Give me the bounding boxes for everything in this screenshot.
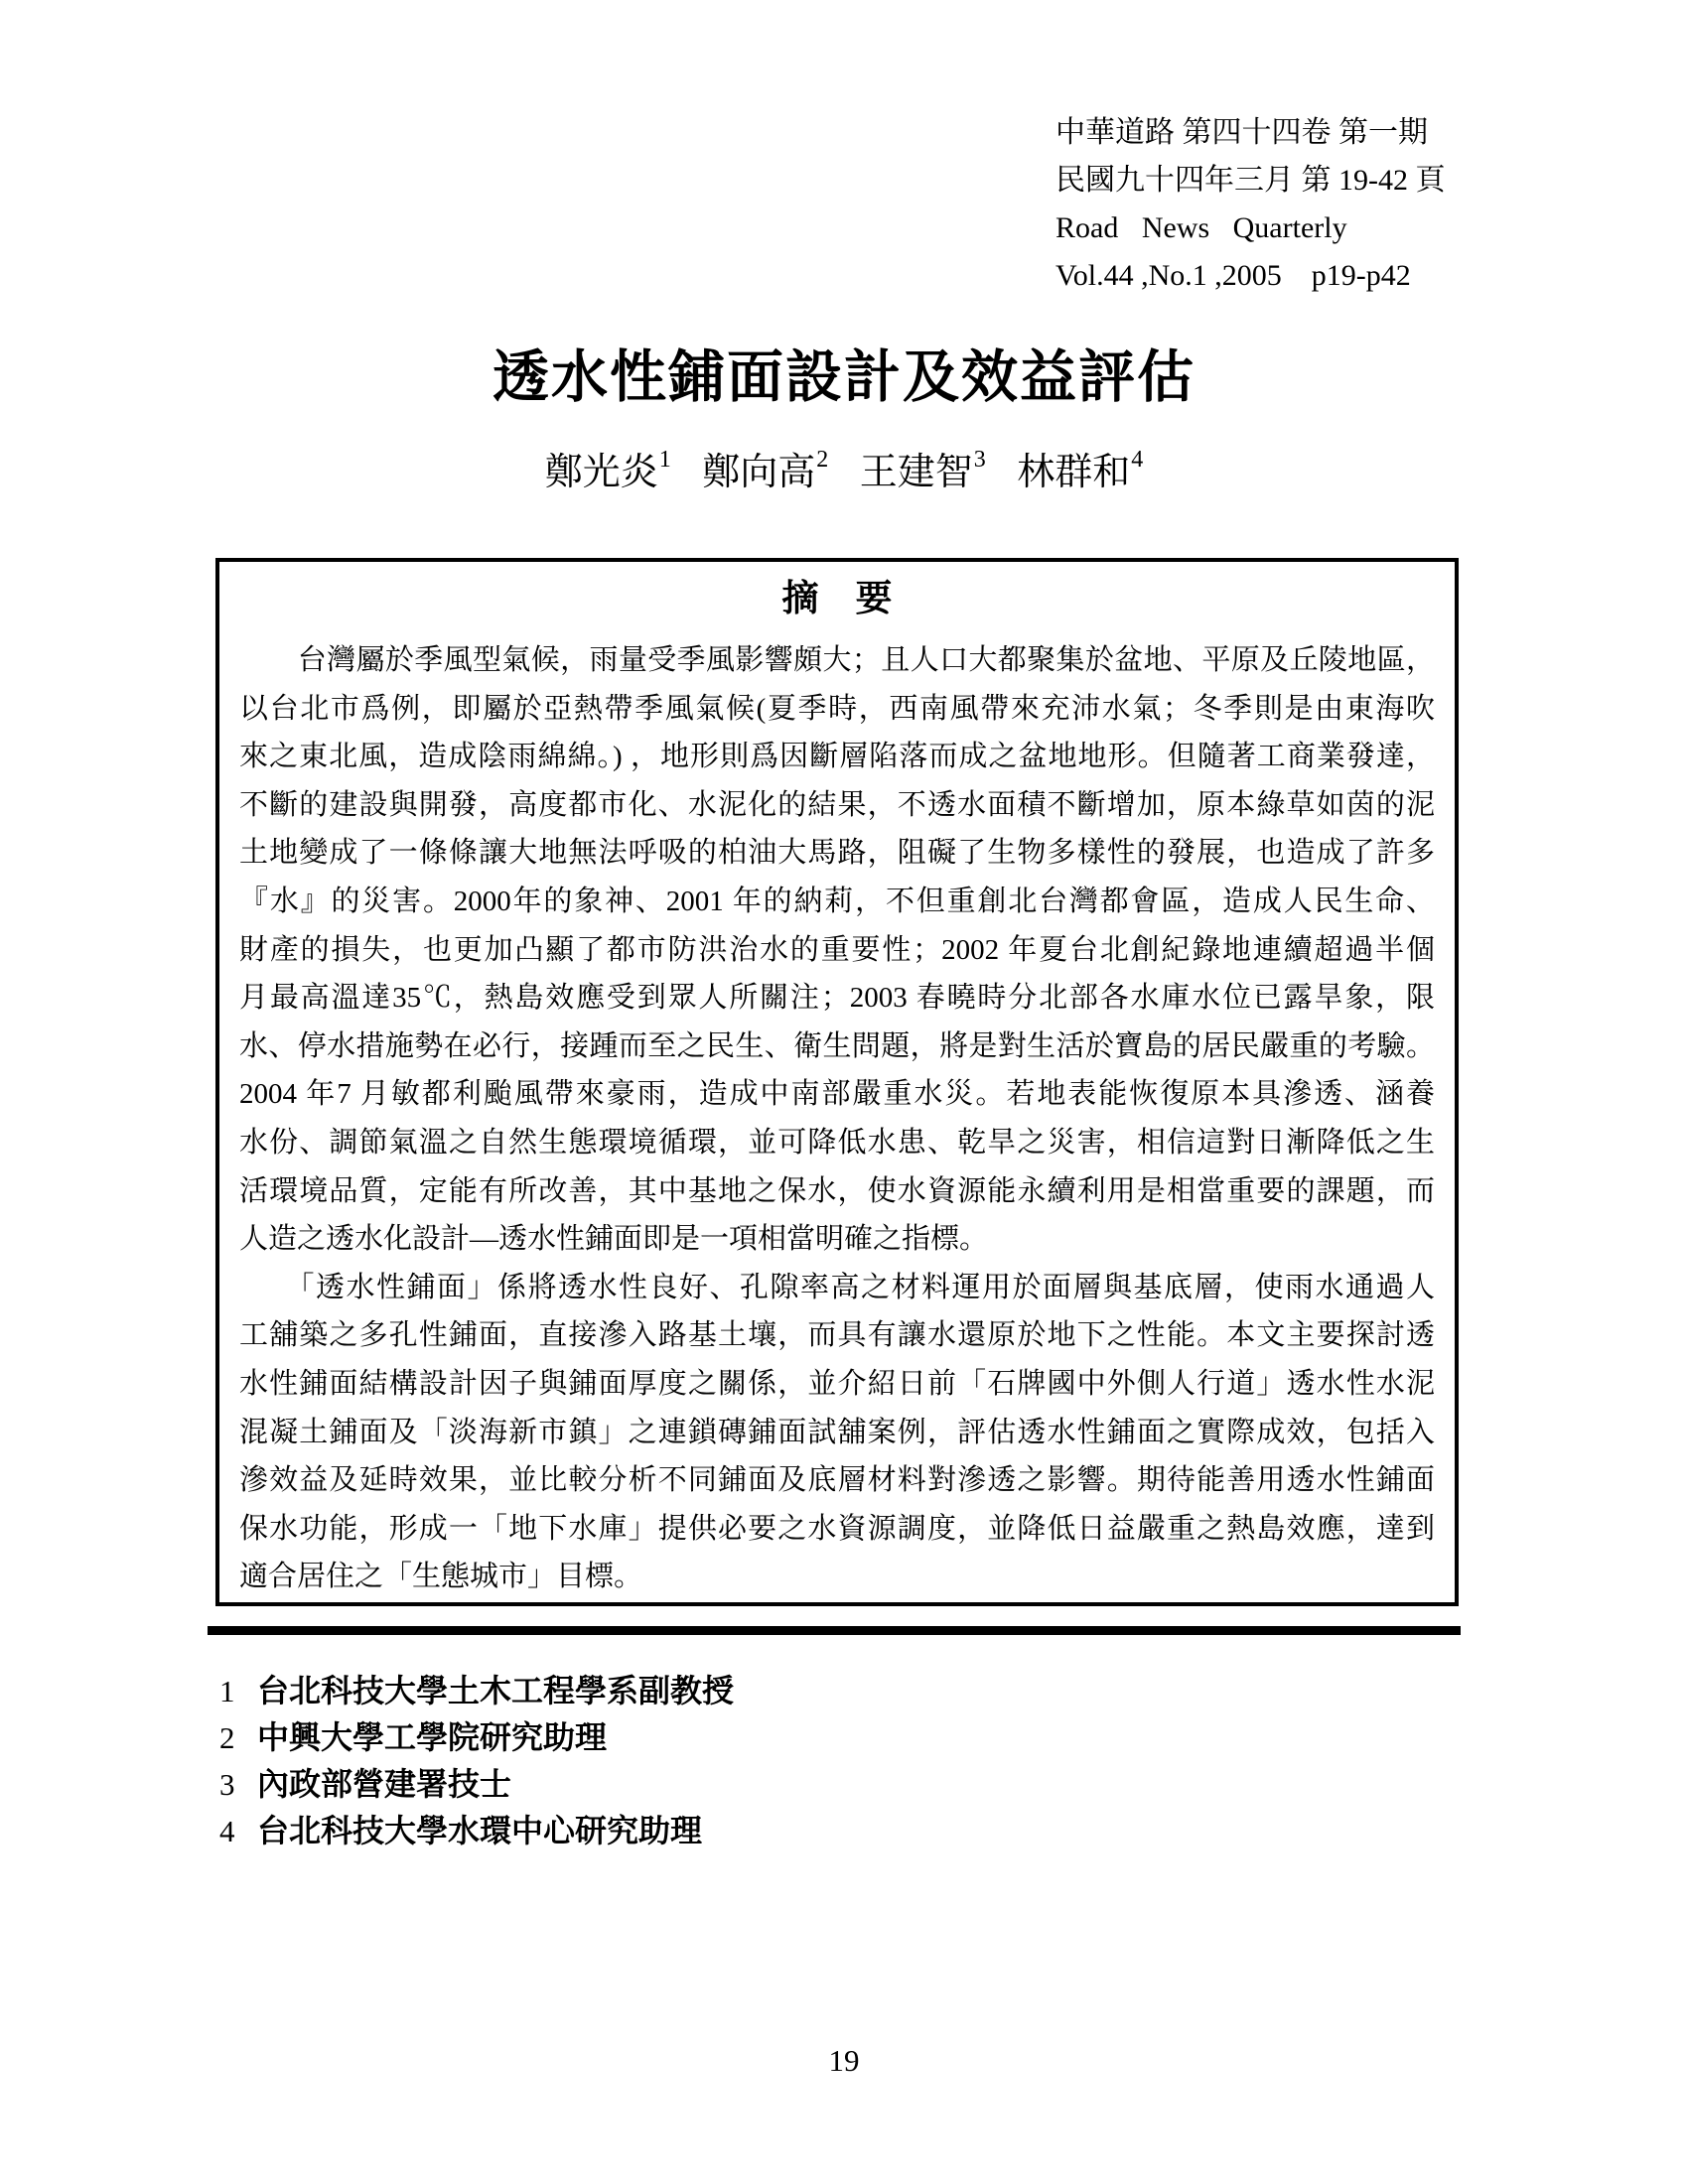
author-name: 王建智	[860, 452, 973, 493]
author-name: 林群和	[1017, 452, 1130, 493]
authors-line: 鄭光炎1 鄭向高2 王建智3 林群和4	[0, 441, 1688, 495]
abstract-line: 月最高溫達35℃，熱島效應受到眾人所關注；2003 春曉時分北部各水庫水位已露旱…	[239, 974, 1435, 1023]
footnote-text: 中興大學工學院研究助理	[257, 1719, 607, 1755]
abstract-line: 適合居住之「生態城市」目標。	[239, 1553, 1435, 1601]
author-4: 林群和4	[1017, 452, 1143, 493]
author-superscript: 4	[1131, 447, 1143, 473]
footnote-number: 3	[219, 1761, 257, 1808]
footnote-text: 內政部營建署技士	[257, 1766, 511, 1802]
page-number: 19	[0, 2043, 1688, 2079]
document-page: { "journal_header": { "line1": "中華道路 第四十…	[0, 0, 1688, 2184]
footnote-item: 3內政部營建署技士	[219, 1761, 734, 1808]
footnote-item: 4台北科技大學水環中心研究助理	[219, 1808, 734, 1854]
abstract-line: 水、停水措施勢在必行，接踵而至之民生、衛生問題，將是對生活於寶島的居民嚴重的考驗…	[239, 1023, 1435, 1071]
abstract-line: 水份、調節氣溫之自然生態環境循環，並可降低水患、乾旱之災害，相信這對日漸降低之生	[239, 1119, 1435, 1167]
abstract-line: 水性鋪面結構設計因子與鋪面厚度之關係，並介紹日前「石牌國中外側人行道」透水性水泥	[239, 1360, 1435, 1409]
author-3: 王建智3	[860, 452, 986, 493]
footnotes: 1台北科技大學土木工程學系副教授 2中興大學工學院研究助理 3內政部營建署技士 …	[219, 1668, 734, 1854]
abstract-line: 以台北市爲例，即屬於亞熱帶季風氣候(夏季時，西南風帶來充沛水氣；冬季則是由東海吹	[239, 685, 1435, 734]
journal-name-volume: 中華道路 第四十四卷 第一期	[1055, 109, 1446, 157]
abstract-line: 滲效益及延時效果，並比較分析不同鋪面及底層材料對滲透之影響。期待能善用透水性鋪面	[239, 1456, 1435, 1505]
abstract-line: 人造之透水化設計—透水性鋪面即是一項相當明確之指標。	[239, 1215, 1435, 1264]
author-name: 鄭光炎	[545, 452, 658, 493]
author-superscript: 1	[659, 447, 671, 473]
page-title: 透水性鋪面設計及效益評估	[0, 332, 1688, 413]
journal-name-english: Road News Quarterly	[1055, 205, 1446, 252]
abstract-line: 活環境品質，定能有所改善，其中基地之保水，使水資源能永續利用是相當重要的課題，而	[239, 1167, 1435, 1216]
abstract-line: 保水功能，形成一「地下水庫」提供必要之水資源調度，並降低日益嚴重之熱島效應，達到	[239, 1505, 1435, 1554]
abstract-line: 混凝土鋪面及「淡海新市鎮」之連鎖磚鋪面試舖案例，評估透水性鋪面之實際成效，包括入	[239, 1409, 1435, 1457]
author-superscript: 2	[816, 447, 828, 473]
abstract-box: 摘 要 台灣屬於季風型氣候，雨量受季風影響頗大；且人口大都聚集於盆地、平原及丘陵…	[215, 558, 1459, 1606]
footnote-number: 4	[219, 1808, 257, 1854]
author-1: 鄭光炎1	[545, 452, 671, 493]
abstract-line: 財產的損失，也更加凸顯了都市防洪治水的重要性；2002 年夏台北創紀錄地連續超過…	[239, 926, 1435, 975]
footnote-item: 1台北科技大學土木工程學系副教授	[219, 1668, 734, 1714]
abstract-line: 「透水性鋪面」係將透水性良好、孔隙率高之材料運用於面層與基底層，使雨水通過人	[239, 1264, 1435, 1312]
abstract-body: 台灣屬於季風型氣候，雨量受季風影響頗大；且人口大都聚集於盆地、平原及丘陵地區， …	[219, 636, 1455, 1601]
abstract-line: 『水』的災害。2000年的象神、2001 年的納莉，不但重創北台灣都會區，造成人…	[239, 878, 1435, 926]
footnote-separator	[208, 1626, 1461, 1635]
abstract-line: 土地變成了一條條讓大地無法呼吸的柏油大馬路，阻礙了生物多樣性的發展，也造成了許多	[239, 829, 1435, 878]
abstract-heading: 摘 要	[219, 568, 1455, 621]
author-superscript: 3	[974, 447, 986, 473]
footnote-item: 2中興大學工學院研究助理	[219, 1714, 734, 1761]
abstract-line: 工舖築之多孔性鋪面，直接滲入路基土壤，而具有讓水還原於地下之性能。本文主要探討透	[239, 1311, 1435, 1360]
author-2: 鄭向高2	[702, 452, 828, 493]
abstract-line: 來之東北風，造成陰雨綿綿。) ，地形則爲因斷層陷落而成之盆地地形。但隨著工商業發…	[239, 733, 1435, 781]
abstract-line: 不斷的建設與開發，高度都市化、水泥化的結果，不透水面積不斷增加，原本綠草如茵的泥	[239, 781, 1435, 830]
footnote-text: 台北科技大學土木工程學系副教授	[257, 1673, 734, 1708]
author-name: 鄭向高	[702, 452, 815, 493]
footnote-number: 2	[219, 1714, 257, 1761]
journal-header: 中華道路 第四十四卷 第一期 民國九十四年三月 第 19-42 頁 Road N…	[1055, 109, 1446, 300]
journal-date-pages: 民國九十四年三月 第 19-42 頁	[1055, 157, 1446, 205]
footnote-number: 1	[219, 1668, 257, 1714]
abstract-line: 台灣屬於季風型氣候，雨量受季風影響頗大；且人口大都聚集於盆地、平原及丘陵地區，	[239, 636, 1435, 685]
journal-volume-english: Vol.44 ,No.1 ,2005 p19-p42	[1055, 252, 1446, 300]
footnote-text: 台北科技大學水環中心研究助理	[257, 1813, 702, 1848]
abstract-line: 2004 年7 月敏都利颱風帶來豪雨，造成中南部嚴重水災。若地表能恢復原本具滲透…	[239, 1070, 1435, 1119]
